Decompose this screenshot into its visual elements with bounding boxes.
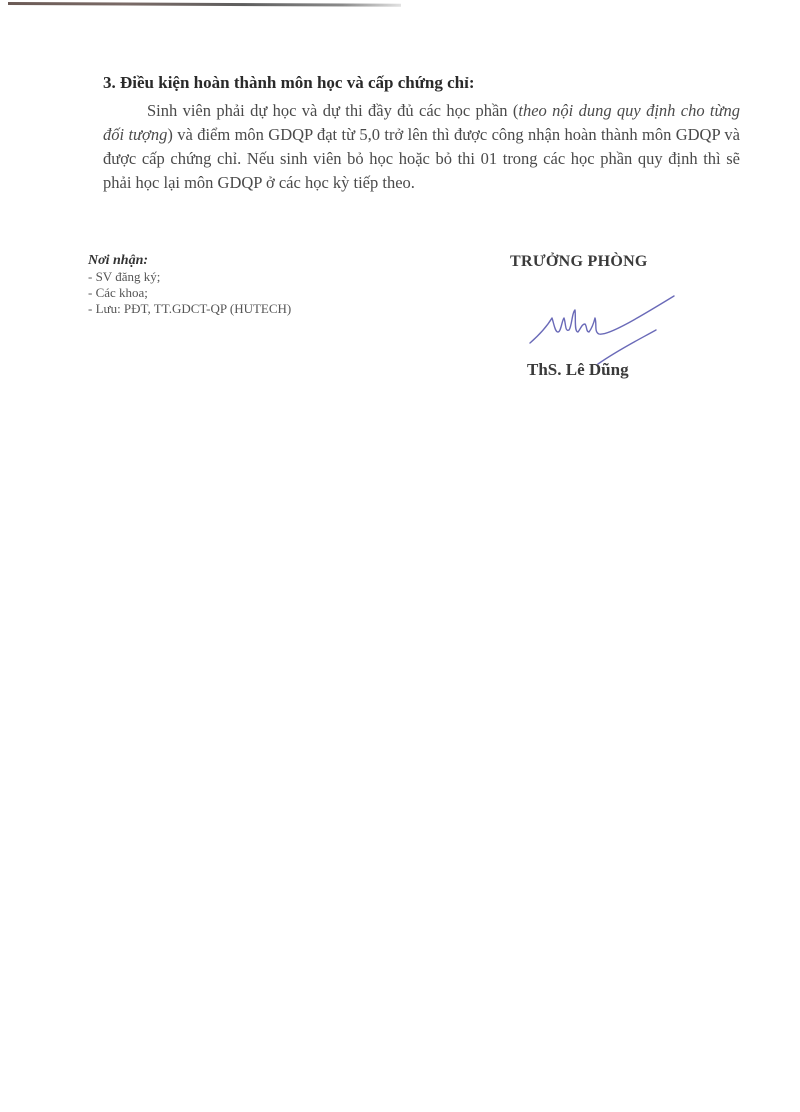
- signature-icon: [528, 288, 688, 368]
- paragraph-text-2: ) và điểm môn GDQP đạt từ 5,0 trở lên th…: [103, 125, 740, 192]
- recipient-item: - Các khoa;: [88, 285, 291, 301]
- recipients-title: Nơi nhận:: [88, 253, 291, 269]
- recipients-block: Nơi nhận: - SV đăng ký; - Các khoa; - Lư…: [88, 253, 291, 317]
- recipient-item: - SV đăng ký;: [88, 269, 291, 285]
- signer-name: ThS. Lê Dũng: [527, 360, 629, 380]
- paragraph-text-1: Sinh viên phải dự học và dự thi đầy đủ c…: [147, 101, 518, 120]
- section-paragraph: Sinh viên phải dự học và dự thi đầy đủ c…: [103, 99, 740, 195]
- signer-title: TRƯỞNG PHÒNG: [510, 253, 648, 271]
- section-heading: 3. Điều kiện hoàn thành môn học và cấp c…: [103, 73, 475, 93]
- scan-edge-line: [8, 2, 401, 7]
- recipient-item: - Lưu: PĐT, TT.GDCT-QP (HUTECH): [88, 301, 291, 317]
